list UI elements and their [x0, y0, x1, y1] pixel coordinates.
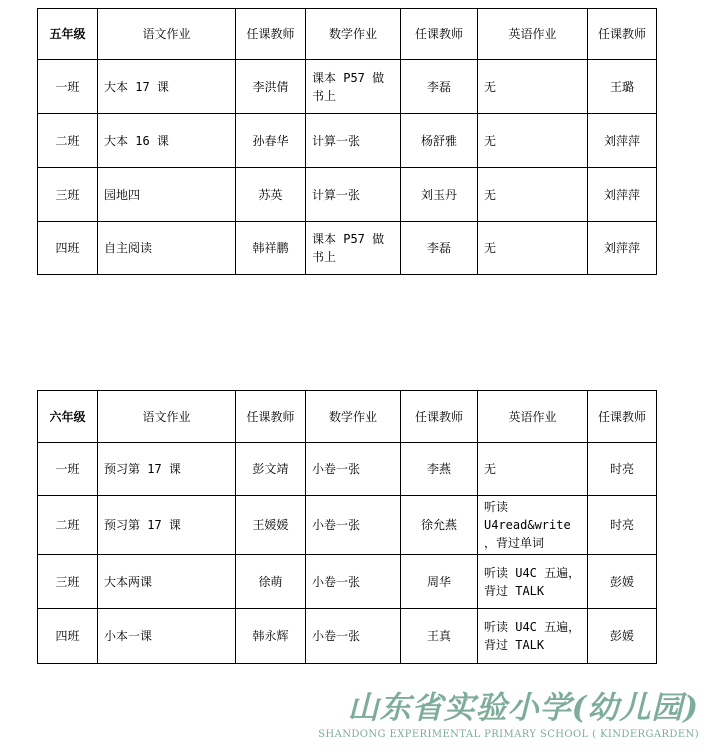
math-homework-cell: 小卷一张 [306, 496, 401, 555]
class-label: 一班 [38, 443, 98, 496]
chinese-teacher-cell: 苏英 [236, 168, 306, 222]
chinese-teacher-cell: 王媛媛 [236, 496, 306, 555]
chinese-homework-cell: 园地四 [98, 168, 236, 222]
math-teacher-cell: 杨舒雅 [401, 114, 478, 168]
english-homework-cell: 听读 U4read&write，背过单词 [478, 496, 588, 555]
table-row: 二班 预习第 17 课 王媛媛 小卷一张 徐允燕 听读 U4read&write… [38, 496, 657, 555]
english-homework-cell: 无 [478, 222, 588, 275]
math-homework-cell: 计算一张 [306, 114, 401, 168]
header-english-homework: 英语作业 [478, 9, 588, 60]
chinese-homework-cell: 预习第 17 课 [98, 496, 236, 555]
grade6-header-row: 六年级 语文作业 任课教师 数学作业 任课教师 英语作业 任课教师 [38, 391, 657, 443]
chinese-homework-cell: 大本两课 [98, 555, 236, 609]
header-math-teacher: 任课教师 [401, 9, 478, 60]
chinese-teacher-cell: 孙春华 [236, 114, 306, 168]
english-homework-cell: 无 [478, 168, 588, 222]
english-homework-cell: 无 [478, 443, 588, 496]
chinese-homework-cell: 小本一课 [98, 609, 236, 664]
header-english-homework: 英语作业 [478, 391, 588, 443]
class-label: 三班 [38, 168, 98, 222]
table-row: 三班 大本两课 徐萌 小卷一张 周华 听读 U4C 五遍，背过 TALK 彭媛 [38, 555, 657, 609]
chinese-homework-cell: 大本 16 课 [98, 114, 236, 168]
class-label: 二班 [38, 496, 98, 555]
english-teacher-cell: 时亮 [588, 443, 657, 496]
english-teacher-cell: 刘萍萍 [588, 168, 657, 222]
english-homework-cell: 无 [478, 60, 588, 114]
table-row: 四班 自主阅读 韩祥鹏 课本 P57 做书上 李磊 无 刘萍萍 [38, 222, 657, 275]
header-chinese-teacher: 任课教师 [236, 9, 306, 60]
math-homework-cell: 课本 P57 做书上 [306, 222, 401, 275]
math-teacher-cell: 刘玉丹 [401, 168, 478, 222]
header-math-homework: 数学作业 [306, 391, 401, 443]
table-row: 二班 大本 16 课 孙春华 计算一张 杨舒雅 无 刘萍萍 [38, 114, 657, 168]
class-label: 一班 [38, 60, 98, 114]
page: 五年级 语文作业 任课教师 数学作业 任课教师 英语作业 任课教师 一班 大本 … [0, 0, 711, 754]
english-teacher-cell: 彭媛 [588, 609, 657, 664]
school-logo: 山东省实验小学(幼儿园) SHANDONG EXPERIMENTAL PRIMA… [318, 688, 699, 741]
header-chinese-teacher: 任课教师 [236, 391, 306, 443]
grade6-homework-table: 六年级 语文作业 任课教师 数学作业 任课教师 英语作业 任课教师 一班 预习第… [37, 390, 657, 664]
english-homework-cell: 无 [478, 114, 588, 168]
chinese-teacher-cell: 彭文靖 [236, 443, 306, 496]
chinese-teacher-cell: 徐萌 [236, 555, 306, 609]
english-teacher-cell: 刘萍萍 [588, 222, 657, 275]
table-row: 一班 预习第 17 课 彭文靖 小卷一张 李燕 无 时亮 [38, 443, 657, 496]
chinese-homework-cell: 自主阅读 [98, 222, 236, 275]
english-homework-cell: 听读 U4C 五遍，背过 TALK [478, 555, 588, 609]
math-teacher-cell: 周华 [401, 555, 478, 609]
header-chinese-homework: 语文作业 [98, 9, 236, 60]
header-english-teacher: 任课教师 [588, 9, 657, 60]
header-chinese-homework: 语文作业 [98, 391, 236, 443]
math-teacher-cell: 李磊 [401, 60, 478, 114]
chinese-teacher-cell: 韩祥鹏 [236, 222, 306, 275]
header-math-homework: 数学作业 [306, 9, 401, 60]
header-math-teacher: 任课教师 [401, 391, 478, 443]
grade5-homework-table: 五年级 语文作业 任课教师 数学作业 任课教师 英语作业 任课教师 一班 大本 … [37, 8, 657, 275]
grade5-header-row: 五年级 语文作业 任课教师 数学作业 任课教师 英语作业 任课教师 [38, 9, 657, 60]
school-logo-chinese-text: 山东省实验小学(幼儿园) [318, 688, 699, 728]
math-teacher-cell: 徐允燕 [401, 496, 478, 555]
chinese-homework-cell: 大本 17 课 [98, 60, 236, 114]
school-logo-english-text: SHANDONG EXPERIMENTAL PRIMARY SCHOOL ( K… [318, 728, 699, 741]
table-row: 三班 园地四 苏英 计算一张 刘玉丹 无 刘萍萍 [38, 168, 657, 222]
english-teacher-cell: 王璐 [588, 60, 657, 114]
math-homework-cell: 计算一张 [306, 168, 401, 222]
math-teacher-cell: 李磊 [401, 222, 478, 275]
math-homework-cell: 小卷一张 [306, 555, 401, 609]
table-row: 四班 小本一课 韩永辉 小卷一张 王真 听读 U4C 五遍，背过 TALK 彭媛 [38, 609, 657, 664]
class-label: 四班 [38, 222, 98, 275]
english-teacher-cell: 时亮 [588, 496, 657, 555]
english-teacher-cell: 彭媛 [588, 555, 657, 609]
table-row: 一班 大本 17 课 李洪倩 课本 P57 做书上 李磊 无 王璐 [38, 60, 657, 114]
chinese-homework-cell: 预习第 17 课 [98, 443, 236, 496]
header-english-teacher: 任课教师 [588, 391, 657, 443]
class-label: 二班 [38, 114, 98, 168]
math-teacher-cell: 李燕 [401, 443, 478, 496]
math-homework-cell: 小卷一张 [306, 609, 401, 664]
class-label: 四班 [38, 609, 98, 664]
grade6-label: 六年级 [38, 391, 98, 443]
english-teacher-cell: 刘萍萍 [588, 114, 657, 168]
english-homework-cell: 听读 U4C 五遍，背过 TALK [478, 609, 588, 664]
class-label: 三班 [38, 555, 98, 609]
grade5-label: 五年级 [38, 9, 98, 60]
chinese-teacher-cell: 韩永辉 [236, 609, 306, 664]
math-homework-cell: 课本 P57 做书上 [306, 60, 401, 114]
math-teacher-cell: 王真 [401, 609, 478, 664]
chinese-teacher-cell: 李洪倩 [236, 60, 306, 114]
math-homework-cell: 小卷一张 [306, 443, 401, 496]
